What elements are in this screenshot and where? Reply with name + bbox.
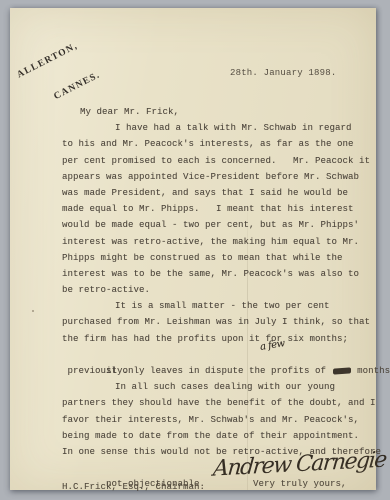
date-line: 28th. January 1898. bbox=[230, 68, 336, 78]
stamp-line1: ALLERTON, bbox=[15, 37, 86, 81]
body-line: be retro-active. bbox=[62, 282, 376, 298]
body-line: previously. bbox=[62, 363, 376, 379]
body-line: favor their interests, Mr. Schwab's and … bbox=[62, 412, 376, 428]
handwritten-insertion: a few bbox=[259, 336, 286, 356]
body-line: to his and Mr. Peacock's interests, as f… bbox=[62, 136, 376, 152]
amended-line: it only leaves in dispute the profits of… bbox=[62, 347, 376, 363]
letter-body: My dear Mr. Frick, I have had a talk wit… bbox=[10, 104, 376, 496]
body-line: purchased from Mr. Leishman was in July … bbox=[62, 314, 376, 330]
stamp-line2: CANNES. bbox=[52, 69, 102, 103]
body-line: partners they should have the benefit of… bbox=[62, 395, 376, 411]
body-line: would be made equal - two per cent, but … bbox=[62, 217, 376, 233]
body-line: the firm has had the profits upon it for… bbox=[62, 331, 376, 347]
body-line: Phipps might be construed as to mean tha… bbox=[62, 250, 376, 266]
letter-page: ALLERTON, CANNES. 28th. January 1898. My… bbox=[10, 8, 376, 490]
body-line: being made to date from the date of thei… bbox=[62, 428, 376, 444]
salutation: My dear Mr. Frick, bbox=[80, 104, 376, 120]
body-line: It is a small matter - the two per cent bbox=[115, 298, 376, 314]
scan-background: ALLERTON, CANNES. 28th. January 1898. My… bbox=[0, 0, 390, 500]
body-line: made equal to Mr. Phipps. I meant that h… bbox=[62, 201, 376, 217]
paper-speck bbox=[32, 310, 34, 312]
body-line: appears was appointed Vice-President bef… bbox=[62, 169, 376, 185]
body-line: was made President, and says that I said… bbox=[62, 185, 376, 201]
body-line: interest was to be the same, Mr. Peacock… bbox=[62, 266, 376, 282]
body-line: In all such cases dealing with our young bbox=[115, 379, 376, 395]
body-line: I have had a talk with Mr. Schwab in reg… bbox=[115, 120, 376, 136]
body-line: per cent promised to each is concerned. … bbox=[62, 153, 376, 169]
body-line: interest was retro-active, the making hi… bbox=[62, 234, 376, 250]
fold-crease bbox=[247, 198, 248, 490]
